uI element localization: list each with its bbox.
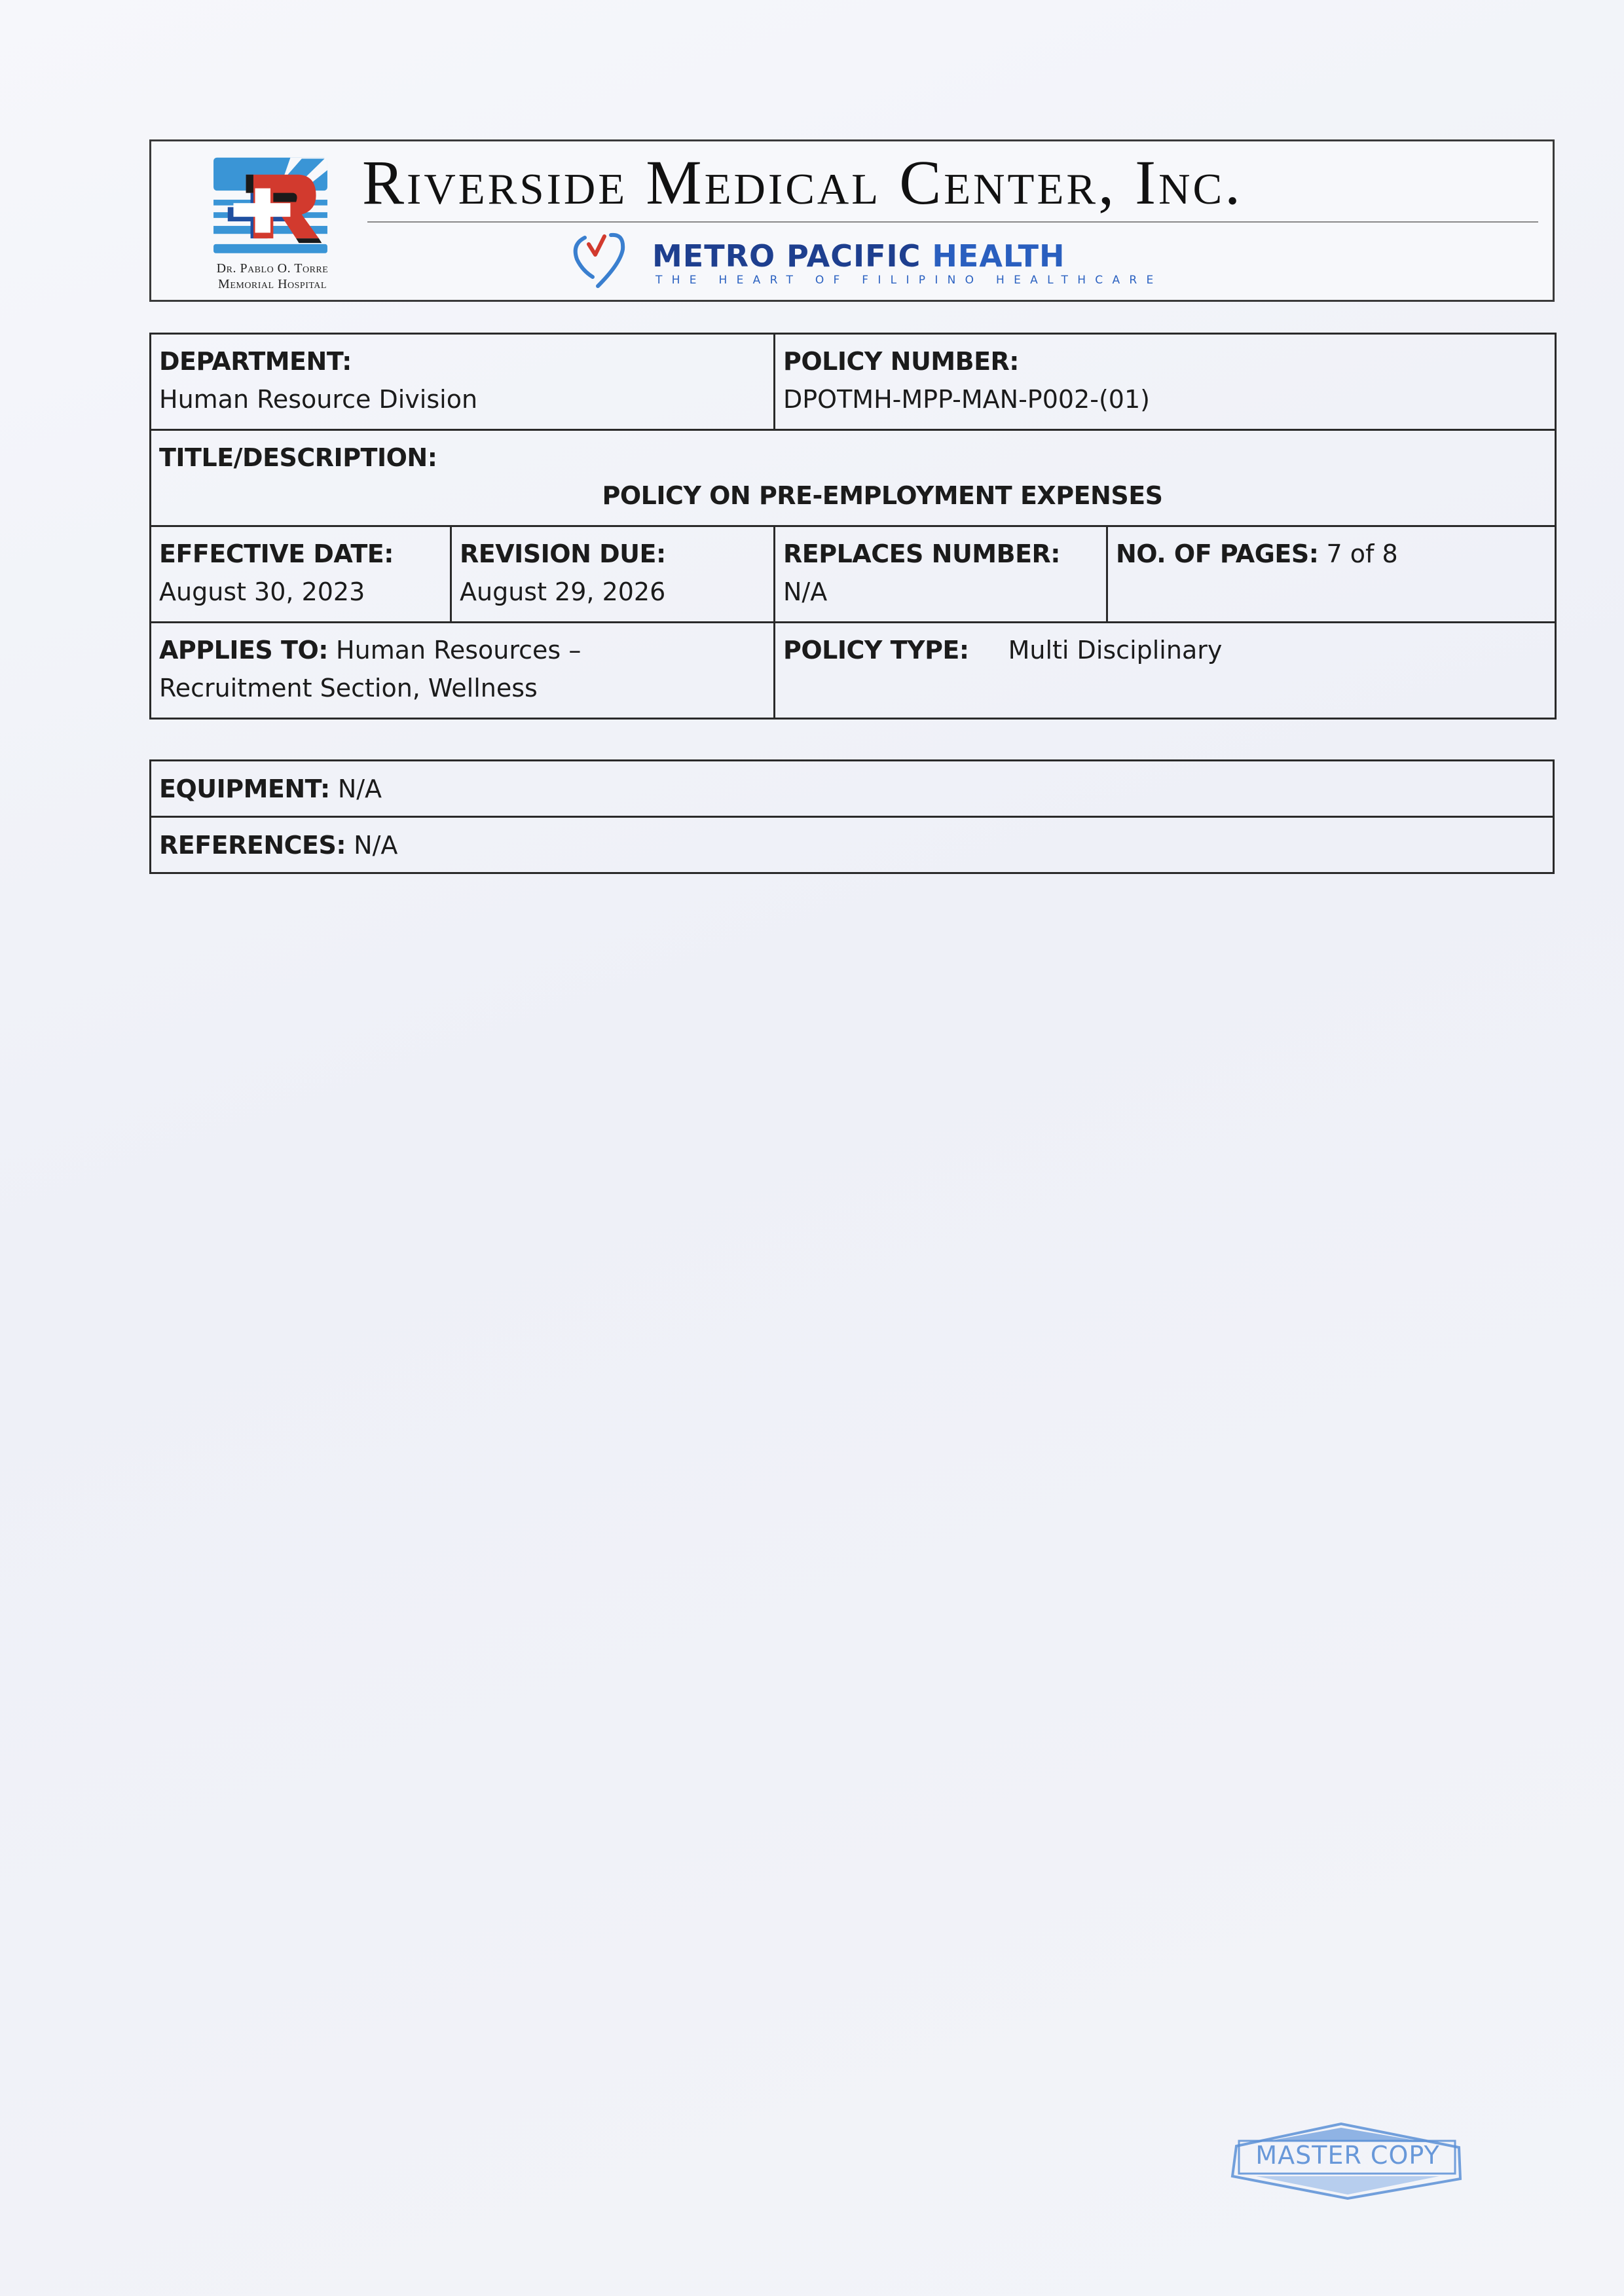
hospital-name: Dr. Pablo O. Torre Memorial Hospital [177,261,367,292]
policy-info-table: DEPARTMENT: Human Resource Division POLI… [149,333,1557,720]
revision-due-cell: REVISION DUE: August 29, 2026 [451,526,775,623]
references-cell: REFERENCES: N/A [151,817,1554,873]
header-divider [367,221,1538,223]
policy-number-value: DPOTMH-MPP-MAN-P002-(01) [783,380,1547,418]
table-row: DEPARTMENT: Human Resource Division POLI… [151,334,1556,430]
effective-date-label: EFFECTIVE DATE: [159,535,442,573]
table-row: REFERENCES: N/A [151,817,1554,873]
equipment-label: EQUIPMENT: [159,774,330,803]
partner-name-part1: METRO PACIFIC [652,238,921,274]
partner-name: METRO PACIFIC HEALTH [652,240,1065,272]
hospital-name-line2: Memorial Hospital [177,276,367,292]
policy-type-cell: POLICY TYPE:Multi Disciplinary [775,623,1556,719]
pages-cell: NO. OF PAGES: 7 of 8 [1107,526,1556,623]
policy-title: POLICY ON PRE-EMPLOYMENT EXPENSES [159,477,1547,515]
letterhead: Dr. Pablo O. Torre Memorial Hospital Riv… [149,139,1555,302]
applies-to-value-line1: Human Resources – [336,636,581,665]
department-label: DEPARTMENT: [159,342,766,380]
heart-check-logo-icon [570,230,636,289]
equipment-cell: EQUIPMENT: N/A [151,761,1554,817]
effective-date-value: August 30, 2023 [159,573,442,611]
table-row: TITLE/DESCRIPTION: POLICY ON PRE-EMPLOYM… [151,430,1556,526]
references-value: N/A [354,831,397,860]
company-name: Riverside Medical Center, Inc. [362,147,1547,219]
policy-number-cell: POLICY NUMBER: DPOTMH-MPP-MAN-P002-(01) [775,334,1556,430]
policy-type-value: Multi Disciplinary [1008,636,1223,665]
table-row: EQUIPMENT: N/A [151,761,1554,817]
policy-number-label: POLICY NUMBER: [783,342,1547,380]
policy-type-label: POLICY TYPE: [783,636,969,665]
department-cell: DEPARTMENT: Human Resource Division [151,334,775,430]
applies-to-label: APPLIES TO: [159,636,328,665]
title-cell: TITLE/DESCRIPTION: POLICY ON PRE-EMPLOYM… [151,430,1556,526]
references-table: EQUIPMENT: N/A REFERENCES: N/A [149,759,1555,874]
replaces-number-cell: REPLACES NUMBER: N/A [775,526,1107,623]
hospital-r-cross-logo-icon [205,149,336,259]
references-label: REFERENCES: [159,831,346,860]
effective-date-cell: EFFECTIVE DATE: August 30, 2023 [151,526,451,623]
hospital-name-line1: Dr. Pablo O. Torre [177,261,367,276]
replaces-number-label: REPLACES NUMBER: [783,535,1098,573]
table-row: EFFECTIVE DATE: August 30, 2023 REVISION… [151,526,1556,623]
revision-due-label: REVISION DUE: [460,535,766,573]
master-copy-stamp: MASTER COPY [1217,2121,1479,2200]
replaces-number-value: N/A [783,573,1098,611]
table-row: APPLIES TO: Human Resources – Recruitmen… [151,623,1556,719]
equipment-value: N/A [338,774,382,803]
partner-name-part2: HEALTH [932,238,1065,274]
department-value: Human Resource Division [159,380,766,418]
pages-value: 7 of 8 [1327,539,1398,568]
title-label: TITLE/DESCRIPTION: [159,439,1547,477]
partner-tagline: THE HEART OF FILIPINO HEALTHCARE [655,274,1163,287]
pages-label: NO. OF PAGES: [1116,539,1318,568]
revision-due-value: August 29, 2026 [460,573,766,611]
applies-to-cell: APPLIES TO: Human Resources – Recruitmen… [151,623,775,719]
stamp-text: MASTER COPY [1243,2142,1452,2168]
applies-to-value-line2: Recruitment Section, Wellness [159,669,766,707]
